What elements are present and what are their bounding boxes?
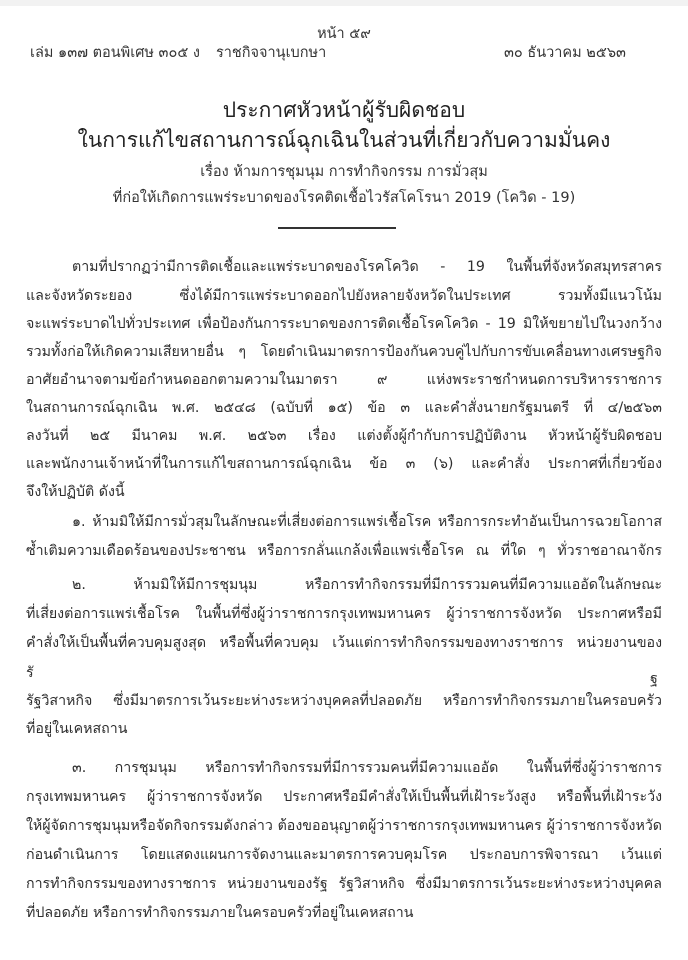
- clause-3-line: กรุงเทพมหานคร ผู้ว่าราชการจังหวัด ประกาศ…: [26, 786, 662, 808]
- preamble-line: จะแพร่ระบาดไปทั่วประเทศ เพื่อป้องกันการร…: [26, 313, 662, 335]
- subject-line-1: เรื่อง ห้ามการชุมนุม การทำกิจกรรม การมั่…: [0, 160, 688, 183]
- gazette-date: ๓๐ ธันวาคม ๒๕๖๓: [504, 41, 626, 64]
- stray-glyph-right: ฐ: [650, 668, 658, 690]
- clause-2-line: ที่เสี่ยงต่อการแพร่เชื้อโรค ในพื้นที่ซึ่…: [26, 603, 662, 625]
- clause-2-line: คำสั่งให้เป็นพื้นที่ควบคุมสูงสุด หรือพื้…: [26, 632, 662, 654]
- clause-3-line: ๓. การชุมนุม หรือการทำกิจกรรมที่มีการรวม…: [72, 757, 662, 779]
- preamble-line: จึงให้ปฏิบัติ ดังนี้: [26, 481, 125, 503]
- clause-2-line: ที่อยู่ในเคหสถาน: [26, 718, 127, 740]
- title-divider: [278, 227, 396, 229]
- stray-glyph-left: รั: [26, 662, 34, 684]
- preamble-line: ในสถานการณ์ฉุกเฉิน พ.ศ. ๒๕๔๘ (ฉบับที่ ๑๕…: [26, 397, 662, 419]
- subject-line-2: ที่ก่อให้เกิดการแพร่ระบาดของโรคติดเชื้อไ…: [0, 186, 688, 209]
- clause-1-line: ซ้ำเติมความเดือดร้อนของประชาชน หรือการกล…: [26, 540, 662, 562]
- preamble-line: ลงวันที่ ๒๕ มีนาคม พ.ศ. ๒๕๖๓ เรื่อง แต่ง…: [26, 425, 662, 447]
- preamble-line: รวมทั้งก่อให้เกิดความเสียหายอื่น ๆ โดยดำ…: [26, 341, 662, 363]
- clause-1-line: ๑. ห้ามมิให้มีการมั่วสุมในลักษณะที่เสี่ย…: [72, 511, 662, 533]
- clause-3-line: การทำกิจกรรมของทางราชการ หน่วยงานของรัฐ …: [26, 873, 662, 895]
- clause-3-line: ก่อนดำเนินการ โดยแสดงแผนการจัดงานและมาตร…: [26, 844, 662, 866]
- gazette-name: ราชกิจจานุเบกษา: [216, 41, 326, 64]
- clause-2-line: ๒. ห้ามมิให้มีการชุมนุม หรือการทำกิจกรรม…: [72, 574, 662, 596]
- clause-3-line: ที่ปลอดภัย หรือการทำกิจกรรมภายในครอบครัว…: [26, 902, 413, 924]
- preamble-line: และจังหวัดระยอง ซึ่งได้มีการแพร่ระบาดออก…: [26, 285, 662, 307]
- clause-2-line: รัฐวิสาหกิจ ซึ่งมีมาตรการเว้นระยะห่างระห…: [26, 690, 662, 712]
- clause-3-line: ให้ผู้จัดการชุมนุมหรือจัดกิจกรรมดังกล่าว…: [26, 815, 662, 837]
- gazette-volume: เล่ม ๑๓๗ ตอนพิเศษ ๓๐๕ ง: [30, 41, 200, 64]
- preamble-line: อาศัยอำนาจตามข้อกำหนดออกตามความในมาตรา ๙…: [26, 369, 662, 391]
- top-border: [0, 0, 688, 6]
- title-line-1: ประกาศหัวหน้าผู้รับผิดชอบ: [0, 94, 688, 127]
- title-line-2: ในการแก้ไขสถานการณ์ฉุกเฉินในส่วนที่เกี่ย…: [0, 124, 688, 157]
- preamble-line: และพนักงานเจ้าหน้าที่ในการแก้ไขสถานการณ์…: [26, 453, 662, 475]
- preamble-line: ตามที่ปรากฏว่ามีการติดเชื้อและแพร่ระบาดข…: [72, 256, 662, 278]
